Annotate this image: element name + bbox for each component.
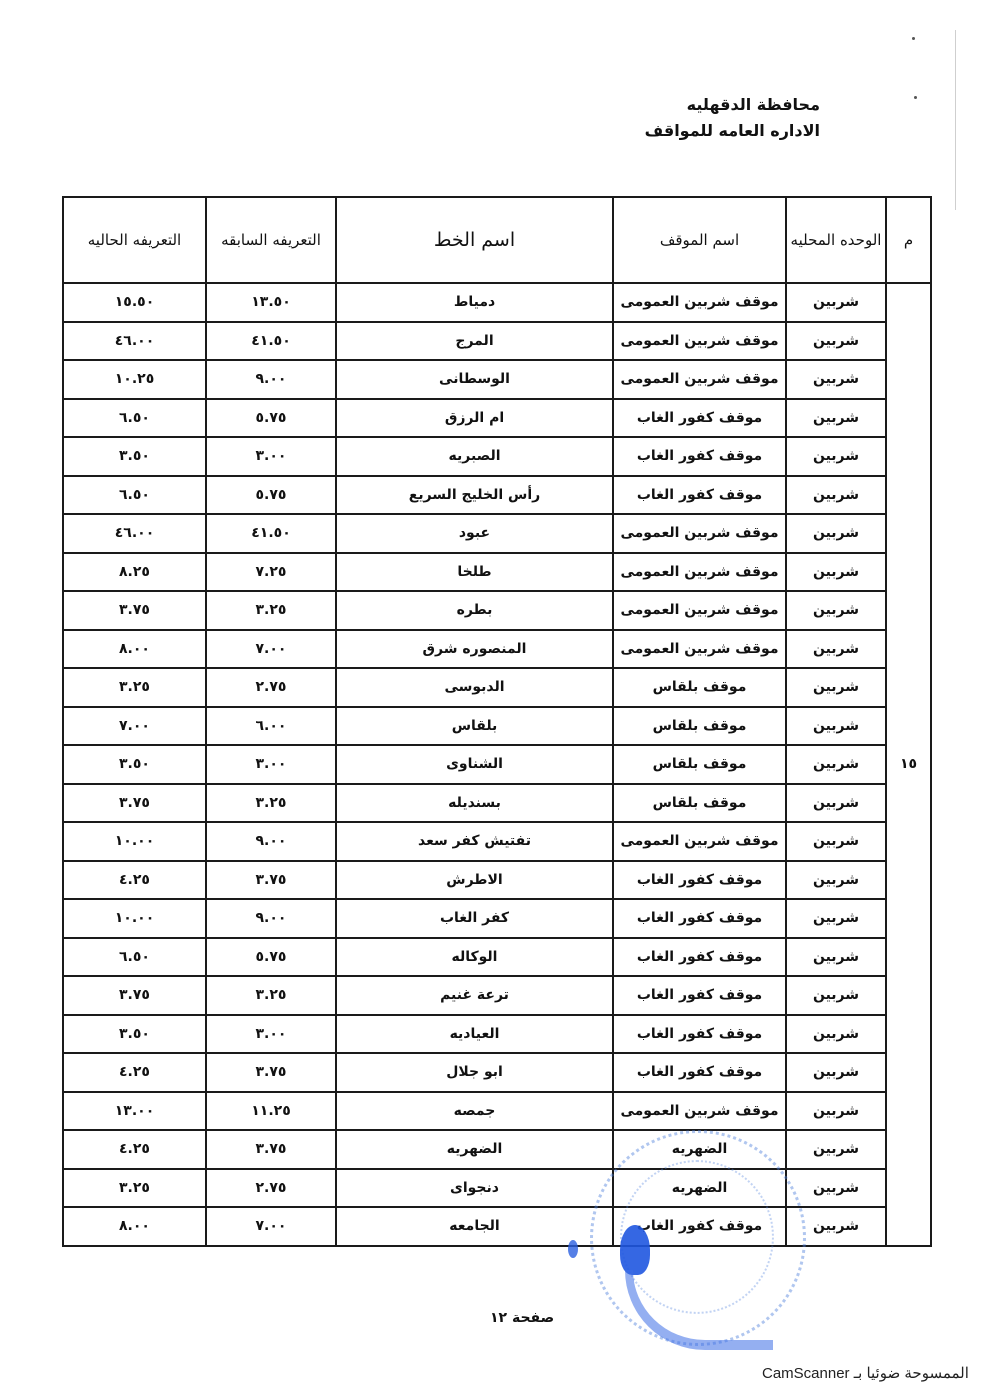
local-unit-cell: شربين: [786, 514, 886, 553]
governorate-title: محافظة الدقهليه: [560, 92, 820, 118]
previous-tariff-cell: ٥.٧٥: [206, 476, 336, 515]
previous-tariff-cell: ٤١.٥٠: [206, 322, 336, 361]
line-name-cell: العياديه: [336, 1015, 613, 1054]
row-group-index: ١٥: [886, 283, 931, 1246]
line-name-cell: الوسطانى: [336, 360, 613, 399]
page-edge: [955, 30, 956, 210]
previous-tariff-cell: ٧.٢٥: [206, 553, 336, 592]
camscanner-watermark: الممسوحة ضوئيا بـ CamScanner: [762, 1364, 969, 1382]
line-name-cell: الصبريه: [336, 437, 613, 476]
line-name-cell: الشناوى: [336, 745, 613, 784]
table-row: شربينموقف كفور الغابالعياديه٣.٠٠٣.٥٠: [63, 1015, 931, 1054]
station-name-cell: موقف كفور الغاب: [613, 1053, 786, 1092]
table-row: شربينالضهريهدنجواى٢.٧٥٣.٢٥: [63, 1169, 931, 1208]
line-name-cell: كفر الغاب: [336, 899, 613, 938]
local-unit-cell: شربين: [786, 822, 886, 861]
line-name-cell: رأس الخليج السريع: [336, 476, 613, 515]
table-row: شربينالضهريهالضهريه٣.٧٥٤.٢٥: [63, 1130, 931, 1169]
previous-tariff-cell: ٥.٧٥: [206, 399, 336, 438]
station-name-cell: موقف شربين العمومى: [613, 553, 786, 592]
table-row: شربينموقف كفور الغابالوكاله٥.٧٥٦.٥٠: [63, 938, 931, 977]
line-name-cell: جمصه: [336, 1092, 613, 1131]
station-name-cell: الضهريه: [613, 1169, 786, 1208]
current-tariff-cell: ٨.٢٥: [63, 553, 206, 592]
previous-tariff-cell: ٧.٠٠: [206, 630, 336, 669]
station-name-cell: موقف شربين العمومى: [613, 283, 786, 322]
current-tariff-cell: ٣.٢٥: [63, 668, 206, 707]
local-unit-cell: شربين: [786, 745, 886, 784]
table-row: شربينموقف بلقاسبسنديله٣.٢٥٣.٧٥: [63, 784, 931, 823]
stamp-ink-dot: [568, 1240, 578, 1258]
current-tariff-cell: ٣.٥٠: [63, 745, 206, 784]
current-tariff-cell: ٦.٥٠: [63, 399, 206, 438]
table-row: شربينموقف شربين العمومىالمنصوره شرق٧.٠٠٨…: [63, 630, 931, 669]
station-name-cell: موقف شربين العمومى: [613, 591, 786, 630]
scan-speck: [912, 37, 915, 40]
local-unit-cell: شربين: [786, 976, 886, 1015]
previous-tariff-cell: ٣.٧٥: [206, 861, 336, 900]
station-name-cell: موقف بلقاس: [613, 745, 786, 784]
page-number: صفحة ١٢: [490, 1310, 554, 1326]
table-row: شربينموقف كفور الغابام الرزق٥.٧٥٦.٥٠: [63, 399, 931, 438]
current-tariff-cell: ٤٦.٠٠: [63, 322, 206, 361]
table-row: شربينموقف بلقاسالشناوى٣.٠٠٣.٥٠: [63, 745, 931, 784]
local-unit-cell: شربين: [786, 899, 886, 938]
line-name-cell: دمياط: [336, 283, 613, 322]
table-row: شربينموقف شربين العمومىبطره٣.٢٥٣.٧٥: [63, 591, 931, 630]
line-name-cell: ترعة غنيم: [336, 976, 613, 1015]
table-row: شربينموقف شربين العمومىطلخا٧.٢٥٨.٢٥: [63, 553, 931, 592]
line-name-cell: الوكاله: [336, 938, 613, 977]
current-tariff-cell: ٦.٥٠: [63, 476, 206, 515]
previous-tariff-cell: ٢.٧٥: [206, 1169, 336, 1208]
previous-tariff-cell: ١١.٢٥: [206, 1092, 336, 1131]
station-name-cell: موقف بلقاس: [613, 707, 786, 746]
local-unit-cell: شربين: [786, 1169, 886, 1208]
table-row: ١٥شربينموقف شربين العمومىدمياط١٣.٥٠١٥.٥٠: [63, 283, 931, 322]
previous-tariff-cell: ٣.٢٥: [206, 784, 336, 823]
station-name-cell: موقف شربين العمومى: [613, 322, 786, 361]
current-tariff-cell: ٧.٠٠: [63, 707, 206, 746]
station-name-cell: موقف بلقاس: [613, 784, 786, 823]
current-tariff-cell: ٨.٠٠: [63, 1207, 206, 1246]
station-name-cell: موقف شربين العمومى: [613, 822, 786, 861]
previous-tariff-cell: ٧.٠٠: [206, 1207, 336, 1246]
station-name-cell: الضهريه: [613, 1130, 786, 1169]
station-name-cell: موقف كفور الغاب: [613, 938, 786, 977]
line-name-cell: المرج: [336, 322, 613, 361]
local-unit-cell: شربين: [786, 784, 886, 823]
current-tariff-cell: ٤.٢٥: [63, 1053, 206, 1092]
table-body: ١٥شربينموقف شربين العمومىدمياط١٣.٥٠١٥.٥٠…: [63, 283, 931, 1246]
local-unit-cell: شربين: [786, 707, 886, 746]
table-row: شربينموقف بلقاسالدبوسى٢.٧٥٣.٢٥: [63, 668, 931, 707]
current-tariff-cell: ٣.٧٥: [63, 976, 206, 1015]
column-header-index: م: [886, 197, 931, 283]
station-name-cell: موقف كفور الغاب: [613, 399, 786, 438]
table-row: شربينموقف كفور الغابالصبريه٣.٠٠٣.٥٠: [63, 437, 931, 476]
current-tariff-cell: ٤٦.٠٠: [63, 514, 206, 553]
table-row: شربينموقف شربين العمومىالمرج٤١.٥٠٤٦.٠٠: [63, 322, 931, 361]
local-unit-cell: شربين: [786, 630, 886, 669]
local-unit-cell: شربين: [786, 553, 886, 592]
table-row: شربينموقف كفور الغابترعة غنيم٣.٢٥٣.٧٥: [63, 976, 931, 1015]
line-name-cell: دنجواى: [336, 1169, 613, 1208]
station-name-cell: موقف كفور الغاب: [613, 976, 786, 1015]
local-unit-cell: شربين: [786, 399, 886, 438]
line-name-cell: الضهريه: [336, 1130, 613, 1169]
previous-tariff-cell: ٤١.٥٠: [206, 514, 336, 553]
department-title: الاداره العامه للمواقف: [560, 118, 820, 144]
line-name-cell: الاطرش: [336, 861, 613, 900]
previous-tariff-cell: ٢.٧٥: [206, 668, 336, 707]
station-name-cell: موقف كفور الغاب: [613, 899, 786, 938]
local-unit-cell: شربين: [786, 861, 886, 900]
previous-tariff-cell: ٩.٠٠: [206, 822, 336, 861]
column-header-current-tariff: التعريفه الحاليه: [63, 197, 206, 283]
current-tariff-cell: ٣.٧٥: [63, 784, 206, 823]
current-tariff-cell: ٤.٢٥: [63, 1130, 206, 1169]
station-name-cell: موقف شربين العمومى: [613, 1092, 786, 1131]
local-unit-cell: شربين: [786, 1130, 886, 1169]
line-name-cell: بلقاس: [336, 707, 613, 746]
line-name-cell: بسنديله: [336, 784, 613, 823]
scan-speck: [914, 96, 917, 99]
table-row: شربينموقف كفور الغابالاطرش٣.٧٥٤.٢٥: [63, 861, 931, 900]
previous-tariff-cell: ٣.٢٥: [206, 591, 336, 630]
table-row: شربينموقف بلقاسبلقاس٦.٠٠٧.٠٠: [63, 707, 931, 746]
local-unit-cell: شربين: [786, 1015, 886, 1054]
current-tariff-cell: ٣.٥٠: [63, 437, 206, 476]
table-row: شربينموقف شربين العمومىالوسطانى٩.٠٠١٠.٢٥: [63, 360, 931, 399]
line-name-cell: ابو جلال: [336, 1053, 613, 1092]
local-unit-cell: شربين: [786, 1207, 886, 1246]
current-tariff-cell: ٣.٢٥: [63, 1169, 206, 1208]
line-name-cell: الدبوسى: [336, 668, 613, 707]
table-header-row: م الوحده المحليه اسم الموقف اسم الخط الت…: [63, 197, 931, 283]
previous-tariff-cell: ١٣.٥٠: [206, 283, 336, 322]
station-name-cell: موقف شربين العمومى: [613, 630, 786, 669]
current-tariff-cell: ٦.٥٠: [63, 938, 206, 977]
line-name-cell: المنصوره شرق: [336, 630, 613, 669]
previous-tariff-cell: ٣.٠٠: [206, 745, 336, 784]
station-name-cell: موقف بلقاس: [613, 668, 786, 707]
column-header-local-unit: الوحده المحليه: [786, 197, 886, 283]
table-row: شربينموقف شربين العمومىجمصه١١.٢٥١٣.٠٠: [63, 1092, 931, 1131]
table-row: شربينموقف شربين العمومىتفتيش كفر سعد٩.٠٠…: [63, 822, 931, 861]
local-unit-cell: شربين: [786, 283, 886, 322]
line-name-cell: تفتيش كفر سعد: [336, 822, 613, 861]
previous-tariff-cell: ٩.٠٠: [206, 899, 336, 938]
local-unit-cell: شربين: [786, 476, 886, 515]
table-row: شربينموقف كفور الغابابو جلال٣.٧٥٤.٢٥: [63, 1053, 931, 1092]
local-unit-cell: شربين: [786, 938, 886, 977]
current-tariff-cell: ١٥.٥٠: [63, 283, 206, 322]
station-name-cell: موقف كفور الغاب: [613, 1015, 786, 1054]
line-name-cell: طلخا: [336, 553, 613, 592]
current-tariff-cell: ٤.٢٥: [63, 861, 206, 900]
local-unit-cell: شربين: [786, 360, 886, 399]
table-row: شربينموقف كفور الغابرأس الخليج السريع٥.٧…: [63, 476, 931, 515]
line-name-cell: عبود: [336, 514, 613, 553]
column-header-previous-tariff: التعريفه السابقه: [206, 197, 336, 283]
previous-tariff-cell: ٦.٠٠: [206, 707, 336, 746]
table-row: شربينموقف شربين العمومىعبود٤١.٥٠٤٦.٠٠: [63, 514, 931, 553]
current-tariff-cell: ٣.٥٠: [63, 1015, 206, 1054]
local-unit-cell: شربين: [786, 1092, 886, 1131]
previous-tariff-cell: ٩.٠٠: [206, 360, 336, 399]
local-unit-cell: شربين: [786, 591, 886, 630]
local-unit-cell: شربين: [786, 668, 886, 707]
previous-tariff-cell: ٣.٧٥: [206, 1053, 336, 1092]
table-row: شربينموقف كفور الغابكفر الغاب٩.٠٠١٠.٠٠: [63, 899, 931, 938]
previous-tariff-cell: ٥.٧٥: [206, 938, 336, 977]
column-header-station-name: اسم الموقف: [613, 197, 786, 283]
table-row: شربينموقف كفور الغابالجامعه٧.٠٠٨.٠٠: [63, 1207, 931, 1246]
current-tariff-cell: ١٣.٠٠: [63, 1092, 206, 1131]
previous-tariff-cell: ٣.٠٠: [206, 437, 336, 476]
line-name-cell: ام الرزق: [336, 399, 613, 438]
station-name-cell: موقف كفور الغاب: [613, 861, 786, 900]
station-name-cell: موقف كفور الغاب: [613, 476, 786, 515]
previous-tariff-cell: ٣.٧٥: [206, 1130, 336, 1169]
stamp-ink-blot: [620, 1225, 650, 1275]
current-tariff-cell: ٣.٧٥: [63, 591, 206, 630]
current-tariff-cell: ١٠.٢٥: [63, 360, 206, 399]
column-header-line-name: اسم الخط: [336, 197, 613, 283]
current-tariff-cell: ١٠.٠٠: [63, 899, 206, 938]
line-name-cell: بطره: [336, 591, 613, 630]
tariff-table: م الوحده المحليه اسم الموقف اسم الخط الت…: [62, 196, 932, 1247]
current-tariff-cell: ١٠.٠٠: [63, 822, 206, 861]
local-unit-cell: شربين: [786, 322, 886, 361]
station-name-cell: موقف كفور الغاب: [613, 437, 786, 476]
local-unit-cell: شربين: [786, 1053, 886, 1092]
document-header: محافظة الدقهليه الاداره العامه للمواقف: [560, 92, 820, 144]
station-name-cell: موقف شربين العمومى: [613, 514, 786, 553]
stamp-ink-arc: [625, 1270, 773, 1350]
station-name-cell: موقف شربين العمومى: [613, 360, 786, 399]
current-tariff-cell: ٨.٠٠: [63, 630, 206, 669]
previous-tariff-cell: ٣.٢٥: [206, 976, 336, 1015]
local-unit-cell: شربين: [786, 437, 886, 476]
previous-tariff-cell: ٣.٠٠: [206, 1015, 336, 1054]
